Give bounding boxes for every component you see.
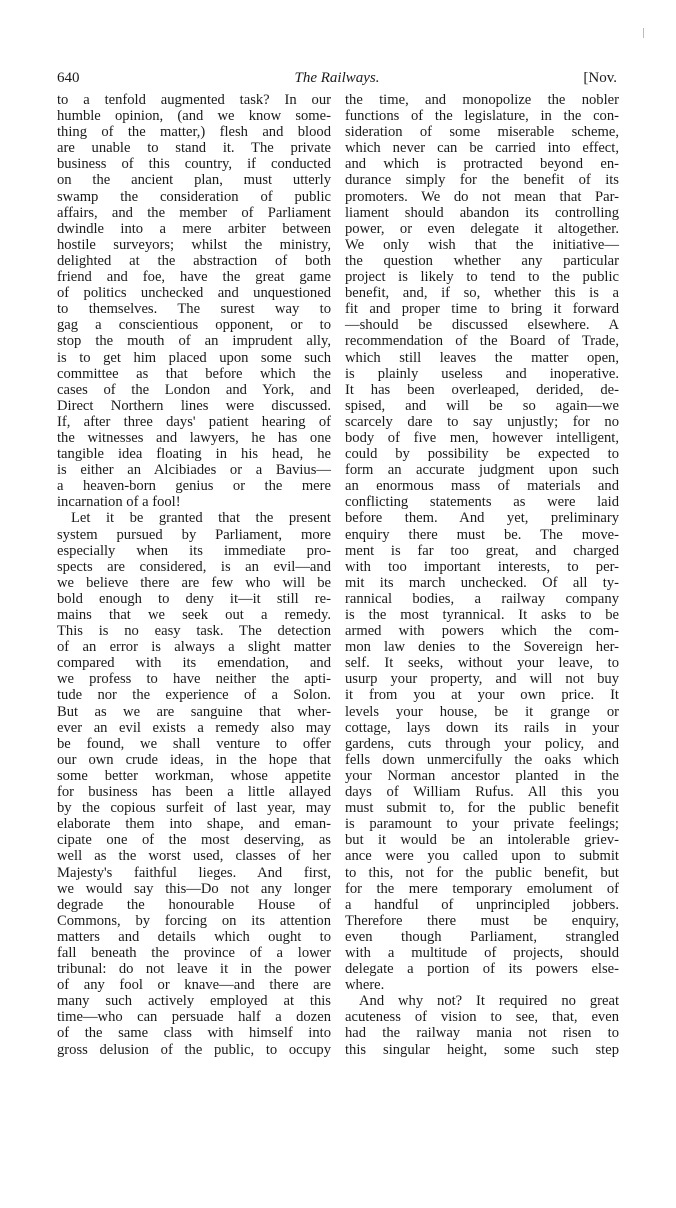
text-line: gag a conscientious opponent, or to	[57, 317, 331, 333]
text-line: to a tenfold augmented task? In our	[57, 92, 331, 108]
text-line: of an error is always a slight matter	[57, 639, 331, 655]
text-line: for business has been a little allayed	[57, 784, 331, 800]
text-line: self. It seeks, without your leave, to	[345, 655, 619, 671]
text-line: the question whether any particular	[345, 253, 619, 269]
text-line: days of William Rufus. All this you	[345, 784, 619, 800]
text-line: ever an evil exists a remedy also may	[57, 720, 331, 736]
running-head: 640 The Railways. [Nov.	[57, 68, 617, 88]
text-line: delighted at the abstraction of both	[57, 253, 331, 269]
text-line: bold enough to deny it—it still re-	[57, 591, 331, 607]
text-line: which still leaves the matter open,	[345, 350, 619, 366]
text-line: thing of the matter,) flesh and blood	[57, 124, 331, 140]
text-line: the witnesses and lawyers, he has one	[57, 430, 331, 446]
text-line: incarnation of a fool!	[57, 494, 331, 510]
text-line: our own crude ideas, in the hope that	[57, 752, 331, 768]
text-line: benefit, and, if so, whether this is a	[345, 285, 619, 301]
text-line: Direct Northern lines were discussed.	[57, 398, 331, 414]
text-line: some better workman, whose appetite	[57, 768, 331, 784]
text-line: functions of the legislature, in the con…	[345, 108, 619, 124]
text-line: tribunal: do not leave it in the power	[57, 961, 331, 977]
running-date: [Nov.	[583, 68, 617, 88]
text-line: but it would be an intolerable griev-	[345, 832, 619, 848]
text-line: matters and details which ought to	[57, 929, 331, 945]
text-line: power, or even delegate it altogether.	[345, 221, 619, 237]
text-line: for the mere temporary emolument of	[345, 881, 619, 897]
text-line: be found, we shall venture to offer	[57, 736, 331, 752]
text-line: by the copious surfeit of last year, may	[57, 800, 331, 816]
text-line: business of this country, if conducted	[57, 156, 331, 172]
text-line: armed with powers which the com-	[345, 623, 619, 639]
text-line: gardens, cuts through your policy, and	[345, 736, 619, 752]
text-line: to this, not for the public benefit, but	[345, 865, 619, 881]
text-line: system pursued by Parliament, more	[57, 527, 331, 543]
text-line: cottage, lays down its rails in your	[345, 720, 619, 736]
text-line: must submit to, for the public benefit	[345, 800, 619, 816]
text-line: tude nor the experience of a Solon.	[57, 687, 331, 703]
text-line: is either an Alcibiades or a Bavius—	[57, 462, 331, 478]
right-text-column: the time, and monopolize the noblerfunct…	[345, 92, 619, 1058]
text-line: to themselves. The surest way to	[57, 301, 331, 317]
text-line: delegate a portion of its powers else-	[345, 961, 619, 977]
text-line: committee as that before which the	[57, 366, 331, 382]
text-line: Therefore there must be enquiry,	[345, 913, 619, 929]
text-line: cipate one of the most deserving, as	[57, 832, 331, 848]
text-line: —should be discussed elsewhere. A	[345, 317, 619, 333]
text-line: we believe there are few who will be	[57, 575, 331, 591]
text-line: Let it be granted that the present	[57, 510, 331, 526]
text-line: body of five men, however intelligent,	[345, 430, 619, 446]
text-line: with a multitude of projects, should	[345, 945, 619, 961]
text-line: durance simply for the benefit of its	[345, 172, 619, 188]
text-line: a heaven-born genius or the mere	[57, 478, 331, 494]
text-line: this singular height, some such step	[345, 1042, 619, 1058]
text-line: fells down unmercifully the oaks which	[345, 752, 619, 768]
text-line: which never can be carried into effect,	[345, 140, 619, 156]
scan-artifact	[643, 28, 644, 38]
text-line: affairs, and the member of Parliament	[57, 205, 331, 221]
text-line: even though Parliament, strangled	[345, 929, 619, 945]
text-line: levels your house, be it grange or	[345, 704, 619, 720]
text-line: It has been overleaped, derided, de-	[345, 382, 619, 398]
text-line: had the railway mania not risen to	[345, 1025, 619, 1041]
text-line: This is no easy task. The detection	[57, 623, 331, 639]
text-line: many such actively employed at this	[57, 993, 331, 1009]
text-line: gross delusion of the public, to occupy	[57, 1042, 331, 1058]
text-line: we profess to have neither the apti-	[57, 671, 331, 687]
text-line: Majesty's faithful lieges. And first,	[57, 865, 331, 881]
text-line: And why not? It required no great	[345, 993, 619, 1009]
text-line: liament should abandon its controlling	[345, 205, 619, 221]
text-line: a handful of unprincipled jobbers.	[345, 897, 619, 913]
text-line: of politics unchecked and unquestioned	[57, 285, 331, 301]
text-line: is plainly useless and inoperative.	[345, 366, 619, 382]
text-line: spised, and will be so again—we	[345, 398, 619, 414]
text-line: promoters. We do not mean that Par-	[345, 189, 619, 205]
text-line: of the same class with himself into	[57, 1025, 331, 1041]
text-line: it from you at your own price. It	[345, 687, 619, 703]
text-line: an enormous mass of materials and	[345, 478, 619, 494]
left-text-column: to a tenfold augmented task? In ourhumbl…	[57, 92, 331, 1058]
text-line: fall beneath the province of a lower	[57, 945, 331, 961]
text-line: mains that we seek out a remedy.	[57, 607, 331, 623]
text-line: elaborate them into shape, and eman-	[57, 816, 331, 832]
text-line: humble opinion, (and we know some-	[57, 108, 331, 124]
text-line: where.	[345, 977, 619, 993]
text-line: We only wish that the initiative—	[345, 237, 619, 253]
text-line: sideration of some miserable scheme,	[345, 124, 619, 140]
text-line: friend and foe, have the great game	[57, 269, 331, 285]
text-line: degrade the honourable House of	[57, 897, 331, 913]
text-line: ance were you called upon to submit	[345, 848, 619, 864]
text-line: and which is protracted beyond en-	[345, 156, 619, 172]
text-line: compared with its emendation, and	[57, 655, 331, 671]
text-line: with too important interests, to per-	[345, 559, 619, 575]
text-line: swamp the consideration of public	[57, 189, 331, 205]
text-line: tangible idea floating in his head, he	[57, 446, 331, 462]
text-line: form an accurate judgment upon such	[345, 462, 619, 478]
text-line: scarcely dare to say unjustly; for no	[345, 414, 619, 430]
text-line: fit and proper time to bring it forward	[345, 301, 619, 317]
text-line: mit its march unchecked. Of all ty-	[345, 575, 619, 591]
text-line: project is likely to tend to the public	[345, 269, 619, 285]
text-line: before them. And yet, preliminary	[345, 510, 619, 526]
text-line: stop the mouth of an imprudent ally,	[57, 333, 331, 349]
text-line: hostile surveyors; whilst the ministry,	[57, 237, 331, 253]
text-line: we would say this—Do not any longer	[57, 881, 331, 897]
text-line: is paramount to your private feelings;	[345, 816, 619, 832]
text-line: especially when its immediate pro-	[57, 543, 331, 559]
text-line: Commons, by forcing on its attention	[57, 913, 331, 929]
text-line: ment is far too great, and charged	[345, 543, 619, 559]
text-line: mon law denies to the Sovereign her-	[345, 639, 619, 655]
text-line: the time, and monopolize the nobler	[345, 92, 619, 108]
text-line: recommendation of the Board of Trade,	[345, 333, 619, 349]
text-line: well as the worst used, classes of her	[57, 848, 331, 864]
text-line: But as we are sanguine that wher-	[57, 704, 331, 720]
text-line: conflicting statements as were laid	[345, 494, 619, 510]
text-line: on the ancient plan, must utterly	[57, 172, 331, 188]
text-line: are unable to stand it. The private	[57, 140, 331, 156]
running-title: The Railways.	[57, 68, 617, 88]
text-line: your Norman ancestor planted in the	[345, 768, 619, 784]
text-line: cases of the London and York, and	[57, 382, 331, 398]
text-line: If, after three days' patient hearing of	[57, 414, 331, 430]
text-line: time—who can persuade half a dozen	[57, 1009, 331, 1025]
text-line: spects are considered, is an evil—and	[57, 559, 331, 575]
text-line: usurp your property, and will not buy	[345, 671, 619, 687]
text-line: is to get him placed upon some such	[57, 350, 331, 366]
text-line: is the most tyrannical. It asks to be	[345, 607, 619, 623]
text-line: of any fool or knave—and there are	[57, 977, 331, 993]
text-line: acuteness of vision to see, that, even	[345, 1009, 619, 1025]
text-line: could by possibility be expected to	[345, 446, 619, 462]
text-line: dwindle into a mere arbiter between	[57, 221, 331, 237]
text-line: enquiry there must be. The move-	[345, 527, 619, 543]
text-line: rannical bodies, a railway company	[345, 591, 619, 607]
